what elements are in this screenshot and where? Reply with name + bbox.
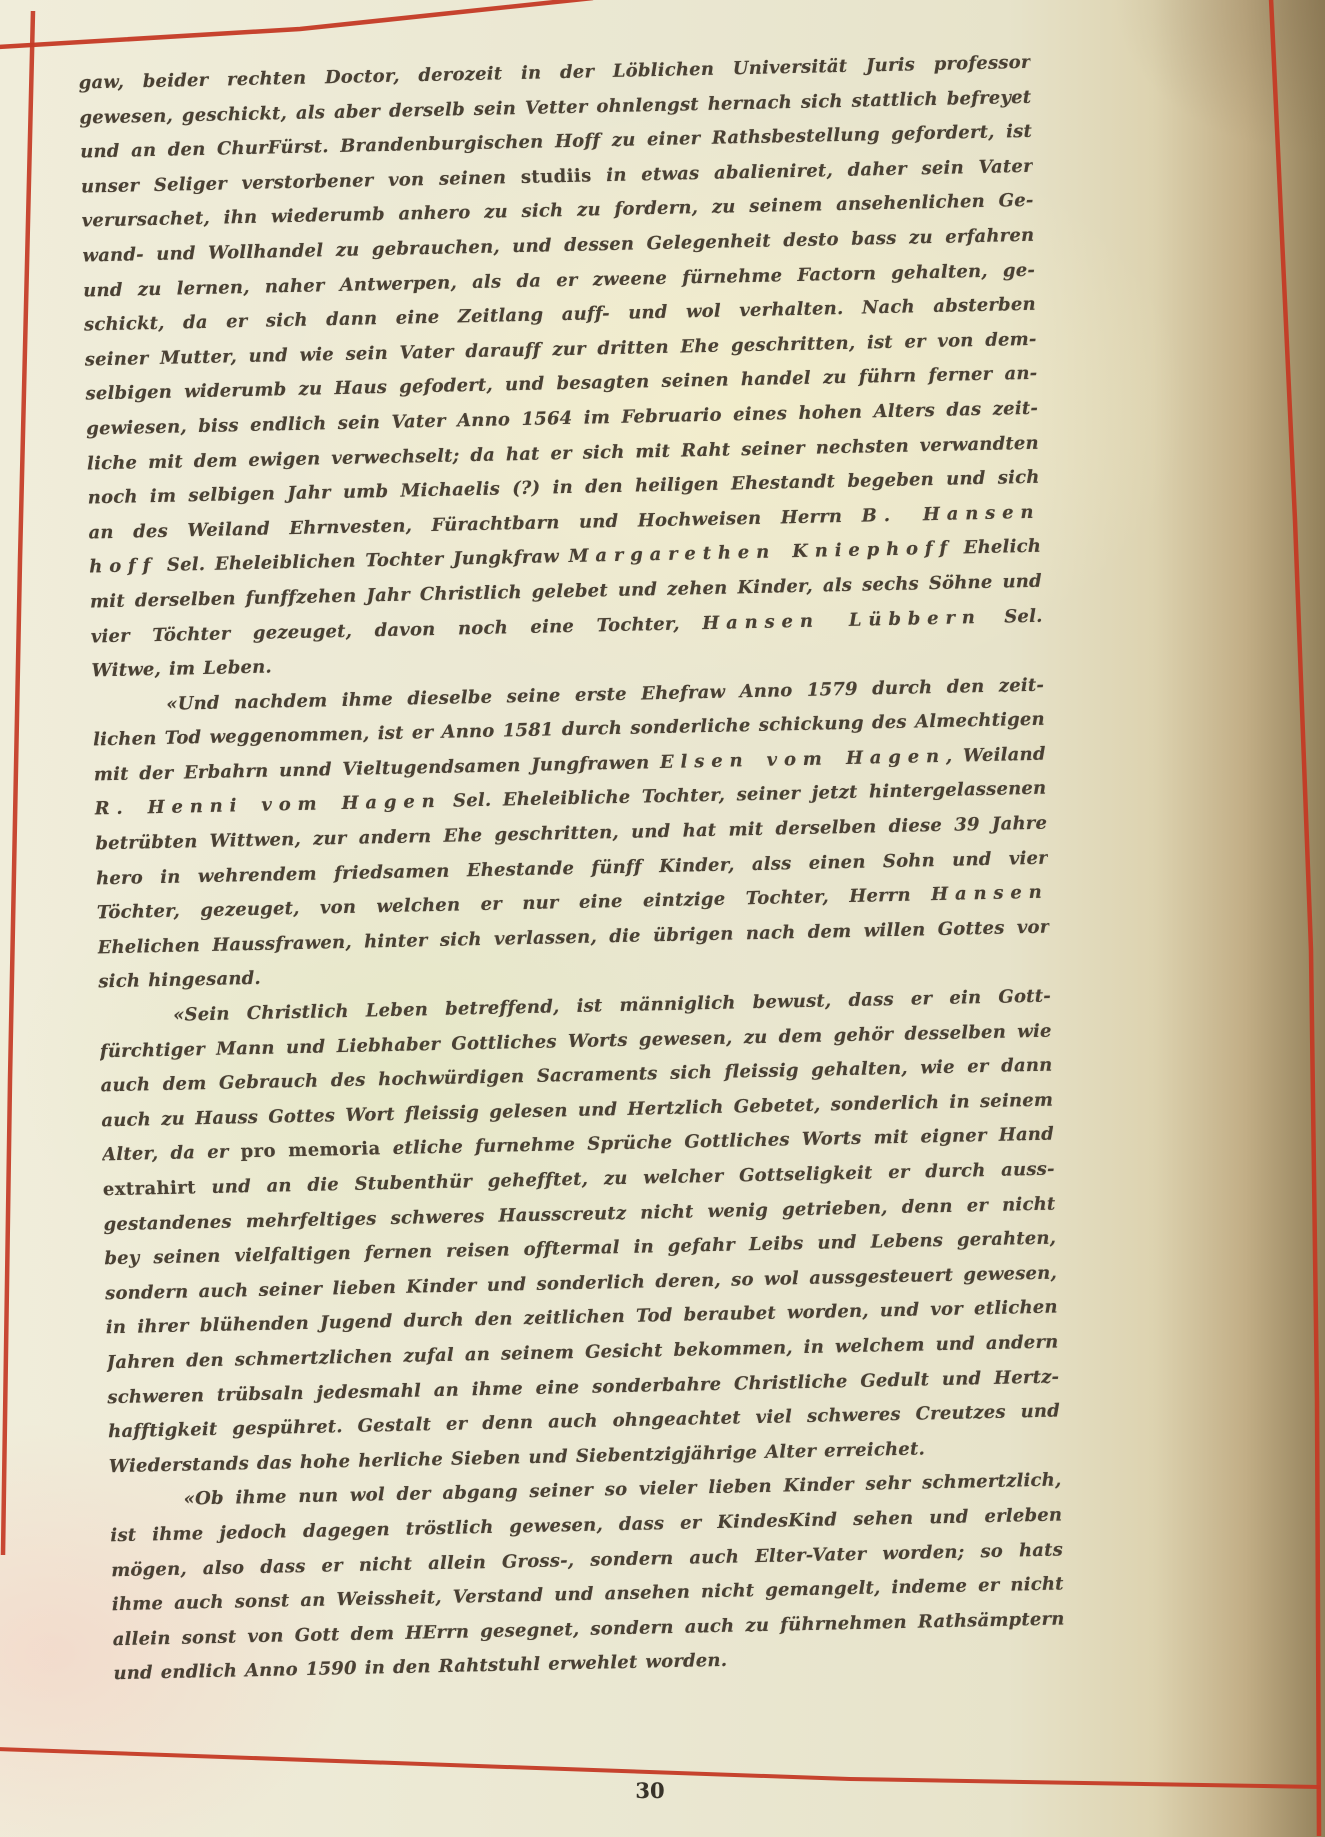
ruling-right-line [1271, 0, 1319, 1836]
page-text: gaw, beider rechten Doctor, derozeit in … [78, 46, 1065, 1692]
ruling-top-line [0, 0, 593, 47]
ruling-left-line [3, 11, 33, 1555]
scanned-page: gaw, beider rechten Doctor, derozeit in … [0, 0, 1325, 1837]
page-number: 30 [560, 1778, 740, 1803]
